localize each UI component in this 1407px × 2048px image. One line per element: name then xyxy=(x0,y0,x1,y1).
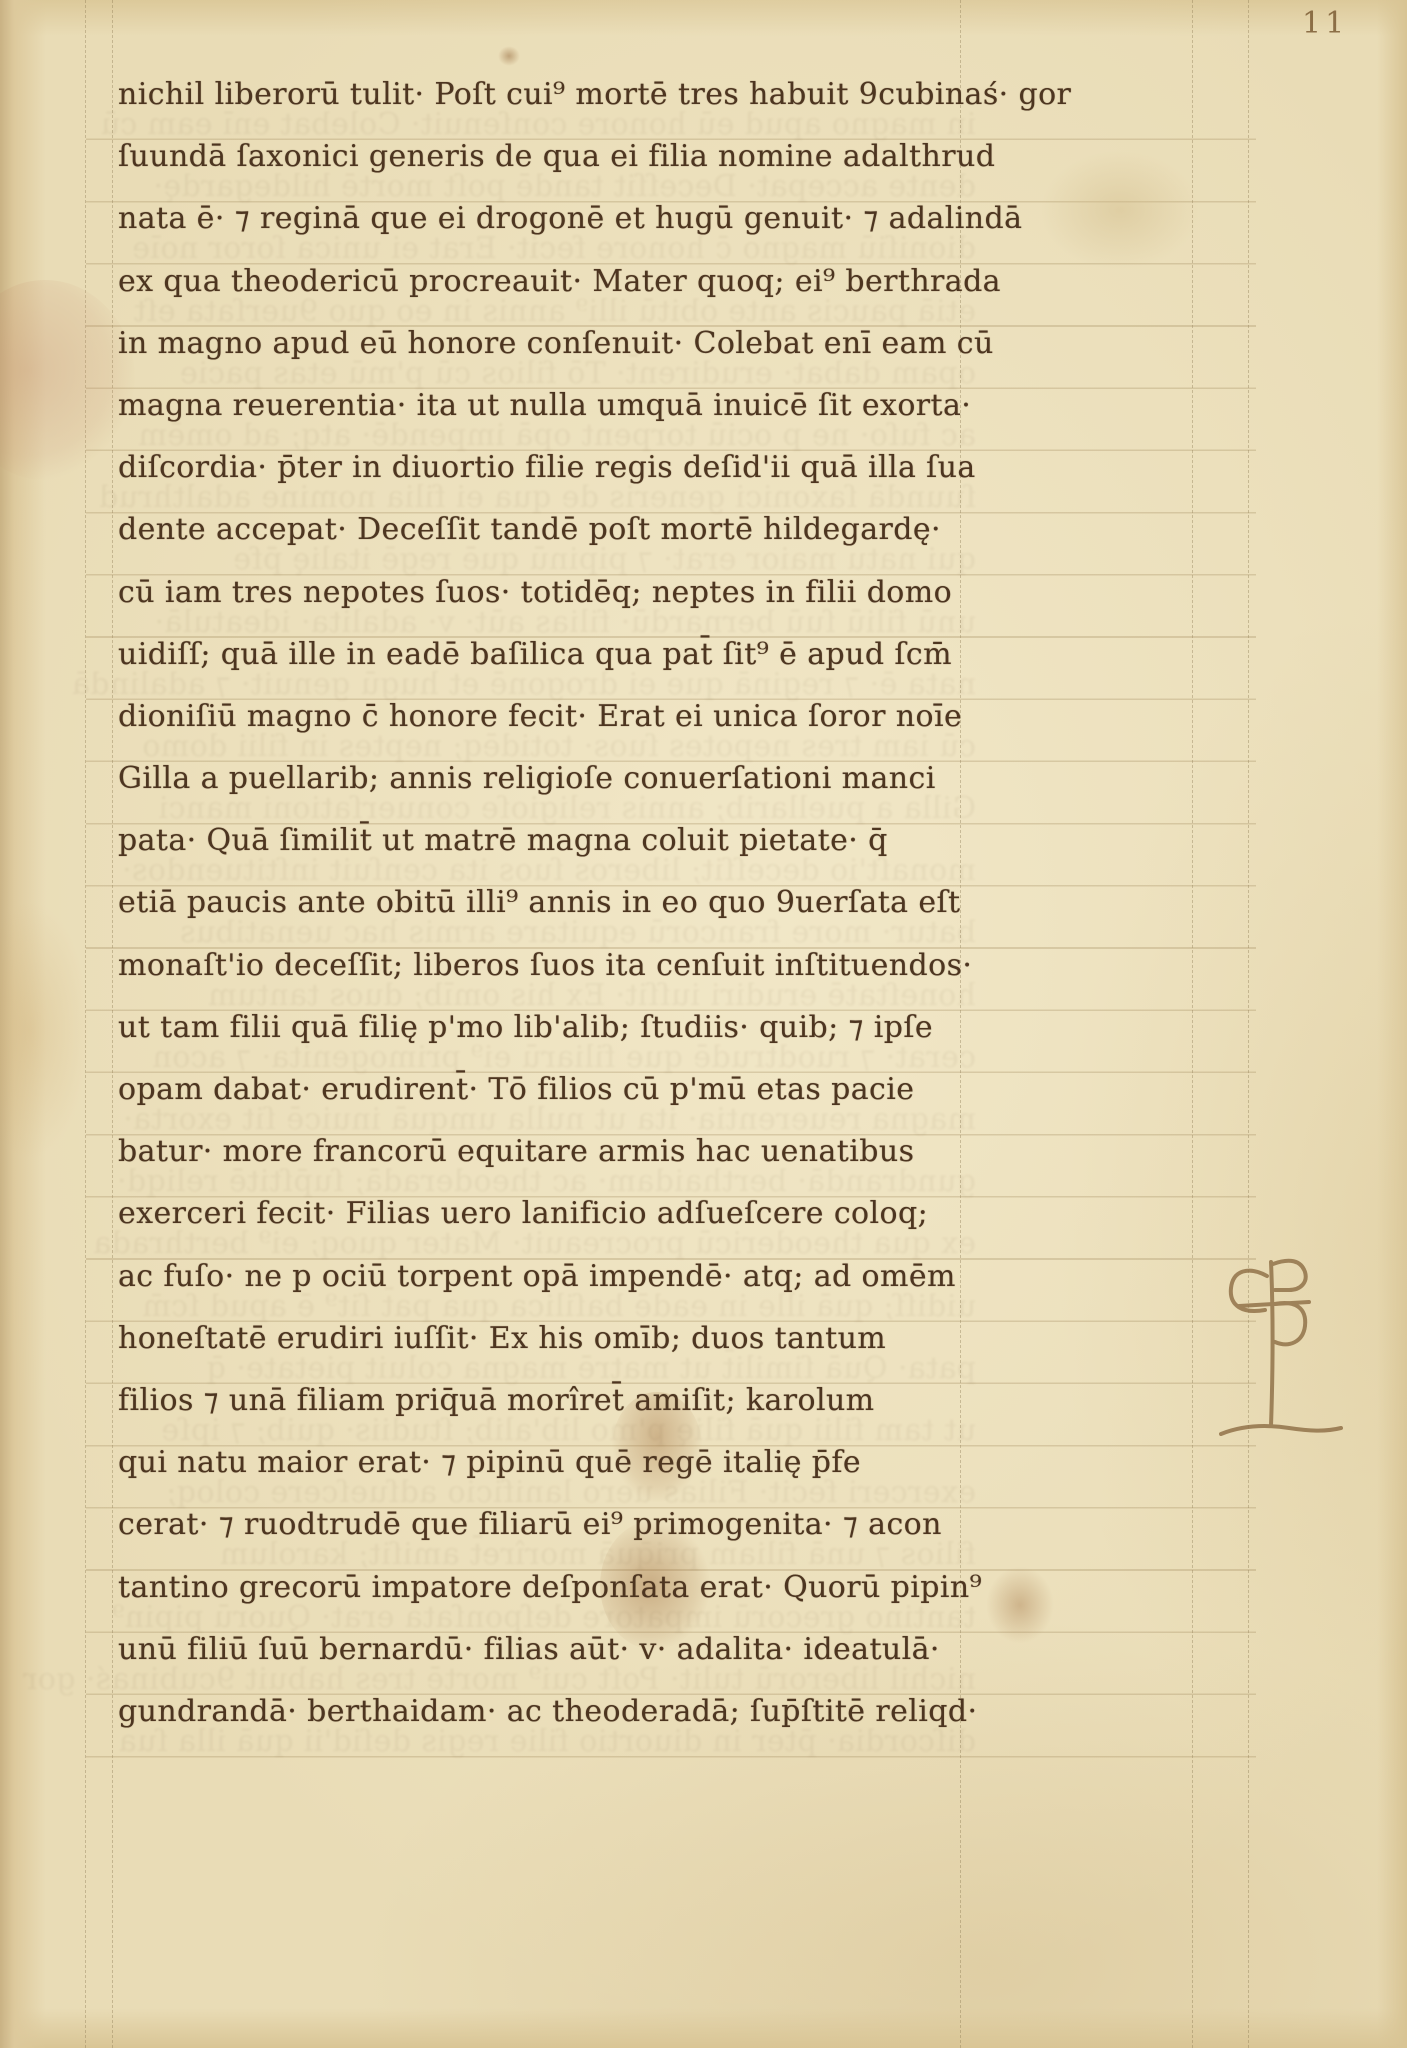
right-margin-ruling-outer xyxy=(1192,0,1193,2048)
manuscript-text-line: etiā paucis ante obitū illi⁹ annis in eo… xyxy=(118,872,976,934)
manuscript-text-line: in magno apud eū honore conſenuit· Coleb… xyxy=(118,313,976,375)
manuscript-text-line: uidiſſ; quā ille in eadē baſilica qua pa… xyxy=(118,624,976,686)
manuscript-text-line: ac fuſo· ne p ociū torpent opā impendē· … xyxy=(118,1246,976,1308)
manuscript-text-line: nichil liberorū tulit· Poſt cui⁹ mortē t… xyxy=(118,64,976,126)
cross-staff-doodle-icon xyxy=(1193,1248,1353,1462)
parchment-stain xyxy=(1040,150,1200,270)
parchment-stain xyxy=(0,900,90,1160)
right-edge-ruling xyxy=(1248,0,1249,2048)
manuscript-text-line: unū filiū ſuū bernardū· filias aūt· v· a… xyxy=(118,1619,976,1681)
manuscript-text-line: batur· more francorū equitare armis hac … xyxy=(118,1121,976,1183)
parchment-stain xyxy=(985,1565,1055,1645)
parchment-stain xyxy=(0,280,135,480)
folio-number: 11 xyxy=(1302,6,1348,41)
manuscript-text-line: cerat· ⁊ ruodtrudē que filiarū ei⁹ primo… xyxy=(118,1494,976,1556)
manuscript-text-line: Gilla a puellarib; annis religioſe conue… xyxy=(118,748,976,810)
manuscript-text-line: honeſtatē erudiri iuſſit· Ex his omīb; d… xyxy=(118,1308,976,1370)
manuscript-text-line: tantino grecorū impatore deſponſata erat… xyxy=(118,1557,976,1619)
left-margin-ruling-inner xyxy=(112,0,113,2048)
manuscript-text-line: exerceri fecit· Filias uero lanificio ad… xyxy=(118,1183,976,1245)
manuscript-text-line: diſcordia· p̄ter in diuortio filie regis… xyxy=(118,437,976,499)
manuscript-text-line: monaſt'io deceſſit; liberos ſuos ita cen… xyxy=(118,935,976,997)
parchment-stain xyxy=(498,46,520,66)
manuscript-text-line: pata· Quā ſimilit̄ ut matrē magna coluit… xyxy=(118,810,976,872)
manuscript-text-block: nichil liberorū tulit· Poſt cui⁹ mortē t… xyxy=(118,64,976,1743)
manuscript-text-line: cū iam tres nepotes ſuos· totidēq; nepte… xyxy=(118,562,976,624)
manuscript-text-line: dioniſiū magno c̄ honore fecit· Erat ei … xyxy=(118,686,976,748)
manuscript-text-line: qui natu maior erat· ⁊ pipinū quē regē i… xyxy=(118,1432,976,1494)
left-margin-ruling-outer xyxy=(85,0,86,2048)
manuscript-text-line: opam dabat· erudirent̄· Tō filios cū p'm… xyxy=(118,1059,976,1121)
manuscript-text-line: nata ē· ⁊ reginā que ei drogonē et hugū … xyxy=(118,188,976,250)
manuscript-text-line: dente accepat· Deceſſit tandē poſt mortē… xyxy=(118,499,976,561)
manuscript-text-line: filios ⁊ unā filiam priq̄uā morîret̄ ami… xyxy=(118,1370,976,1432)
manuscript-text-line: gundrandā· berthaidam· ac theoderadā; ſu… xyxy=(118,1681,976,1743)
manuscript-text-line: ſuundā ſaxonici generis de qua ei filia … xyxy=(118,126,976,188)
manuscript-text-line: ex qua theodericū procreauit· Mater quoq… xyxy=(118,251,976,313)
manuscript-text-line: ut tam filii quā filię p'mo lib'alib; ſt… xyxy=(118,997,976,1059)
manuscript-page: 11 in magno apud eū honore conſenuit· Co… xyxy=(0,0,1407,2048)
manuscript-text-line: magna reuerentia· ita ut nulla umquā inu… xyxy=(118,375,976,437)
